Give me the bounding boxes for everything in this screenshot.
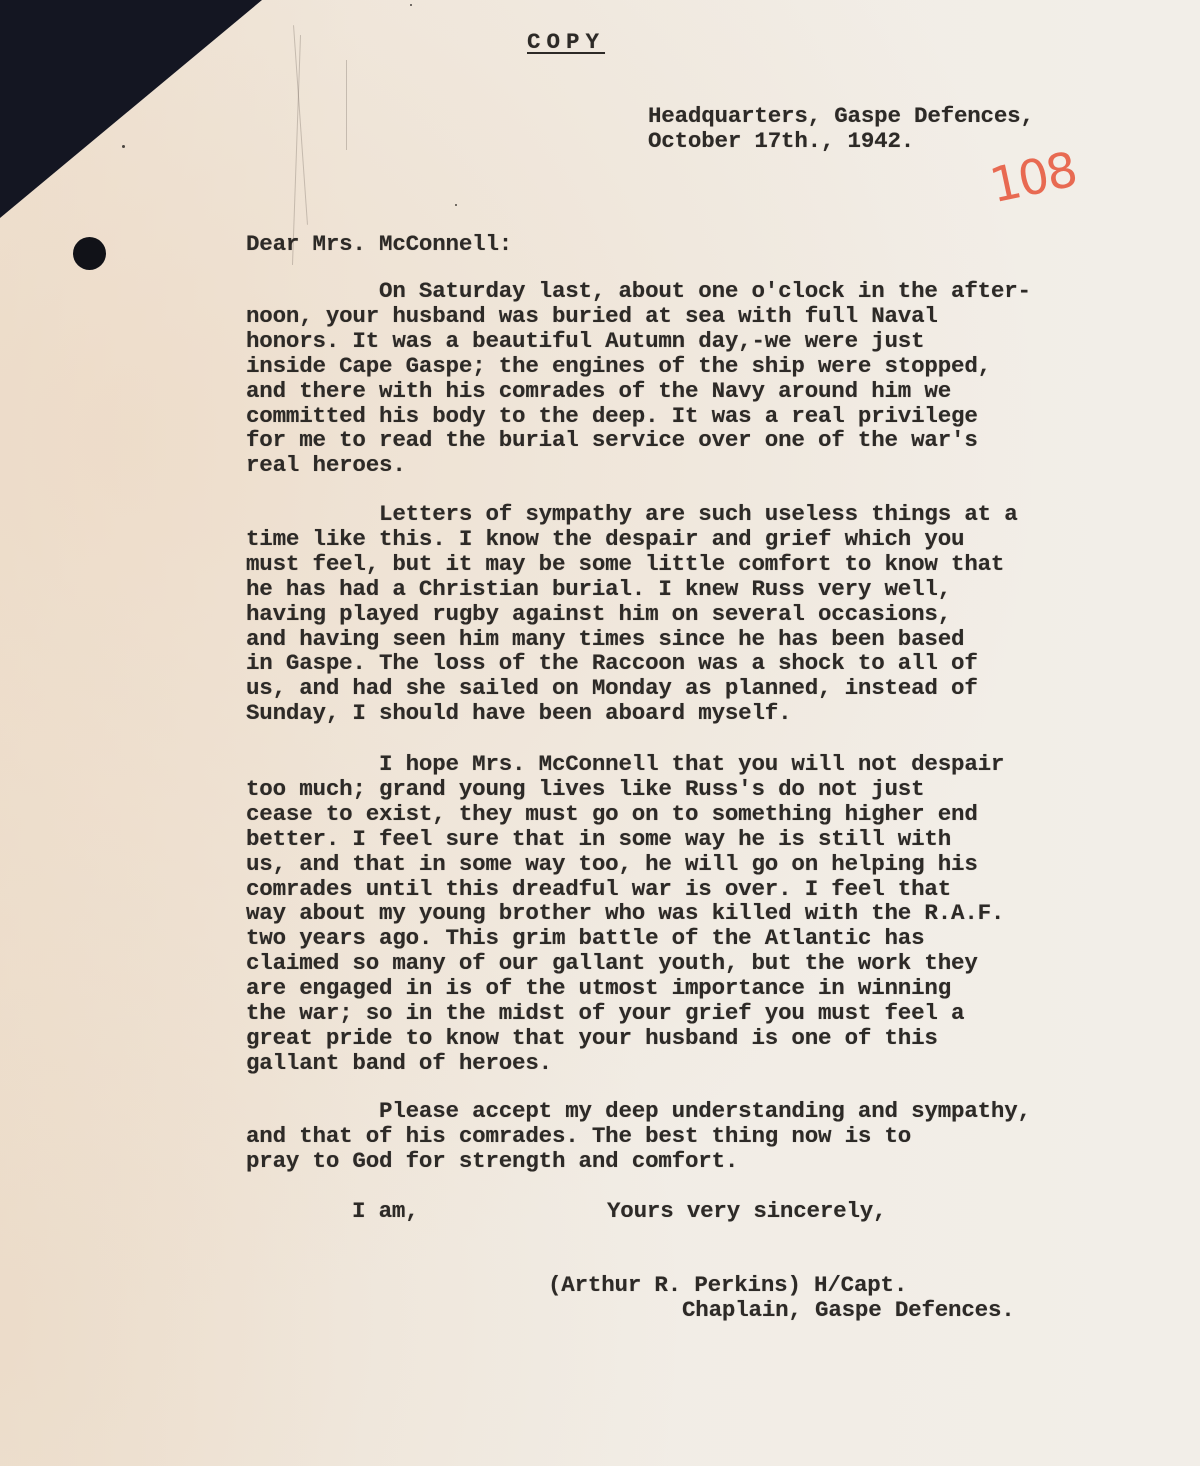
text-line: pray to God for strength and comfort. [246,1148,738,1174]
text-line: time like this. I know the despair and g… [246,526,964,552]
document-page: COPY Headquarters, Gaspe Defences, Octob… [0,0,1200,1466]
text-line: On Saturday last, about one o'clock in t… [246,278,1031,304]
letter-date: October 17th., 1942. [648,128,914,154]
text-line: he has had a Christian burial. I knew Ru… [246,576,951,602]
text-line: too much; grand young lives like Russ's … [246,776,924,802]
text-line: real heroes. [246,452,406,478]
text-line: cease to exist, they must go on to somet… [246,801,978,827]
text-line: way about my young brother who was kille… [246,900,1004,926]
text-line: committed his body to the deep. It was a… [246,403,978,429]
text-line: great pride to know that your husband is… [246,1025,938,1051]
text-line: Sunday, I should have been aboard myself… [246,700,791,726]
salutation: Dear Mrs. McConnell: [246,232,512,257]
text-line: claimed so many of our gallant youth, bu… [246,950,978,976]
text-line: us, and had she sailed on Monday as plan… [246,675,978,701]
text-line: inside Cape Gaspe; the engines of the sh… [246,353,991,379]
text-line: having played rugby against him on sever… [246,601,951,627]
scan-background-corner [0,0,262,218]
paper-speck [455,204,457,206]
text-line: in Gaspe. The loss of the Raccoon was a … [246,650,978,676]
text-line: must feel, but it may be some little com… [246,551,1004,577]
paper-speck [122,145,125,148]
address-line: Headquarters, Gaspe Defences, [648,103,1034,129]
signature-name: (Arthur R. Perkins) H/Capt. [548,1273,907,1298]
signature-title: Chaplain, Gaspe Defences. [682,1298,1015,1323]
paragraph-burial: On Saturday last, about one o'clock in t… [246,279,1031,478]
paragraph-sympathy: Letters of sympathy are such useless thi… [246,502,1018,726]
text-line: us, and that in some way too, he will go… [246,851,978,877]
paper-speck [410,4,412,6]
punch-hole [73,237,106,270]
text-line: and there with his comrades of the Navy … [246,378,951,404]
text-line: and having seen him many times since he … [246,626,964,652]
text-line: two years ago. This grim battle of the A… [246,925,924,951]
text-line: I hope Mrs. McConnell that you will not … [246,751,1004,777]
pencil-mark [346,60,347,150]
text-line: honors. It was a beautiful Autumn day,-w… [246,328,924,354]
text-line: noon, your husband was buried at sea wit… [246,303,938,329]
text-line: are engaged in is of the utmost importan… [246,975,951,1001]
text-line: and that of his comrades. The best thing… [246,1123,911,1149]
text-line: better. I feel sure that in some way he … [246,826,951,852]
text-line: for me to read the burial service over o… [246,427,978,453]
text-line: Please accept my deep understanding and … [246,1098,1031,1124]
text-line: comrades until this dreadful war is over… [246,876,951,902]
paragraph-closing: Please accept my deep understanding and … [246,1099,1031,1174]
copy-title: COPY [527,30,605,55]
closing-valediction: Yours very sincerely, [607,1199,886,1224]
paragraph-hope: I hope Mrs. McConnell that you will not … [246,752,1004,1076]
closing-i-am: I am, [352,1199,419,1224]
text-line: Letters of sympathy are such useless thi… [246,501,1018,527]
text-line: the war; so in the midst of your grief y… [246,1000,964,1026]
sender-address: Headquarters, Gaspe Defences, October 17… [648,104,1034,154]
text-line: gallant band of heroes. [246,1050,552,1076]
